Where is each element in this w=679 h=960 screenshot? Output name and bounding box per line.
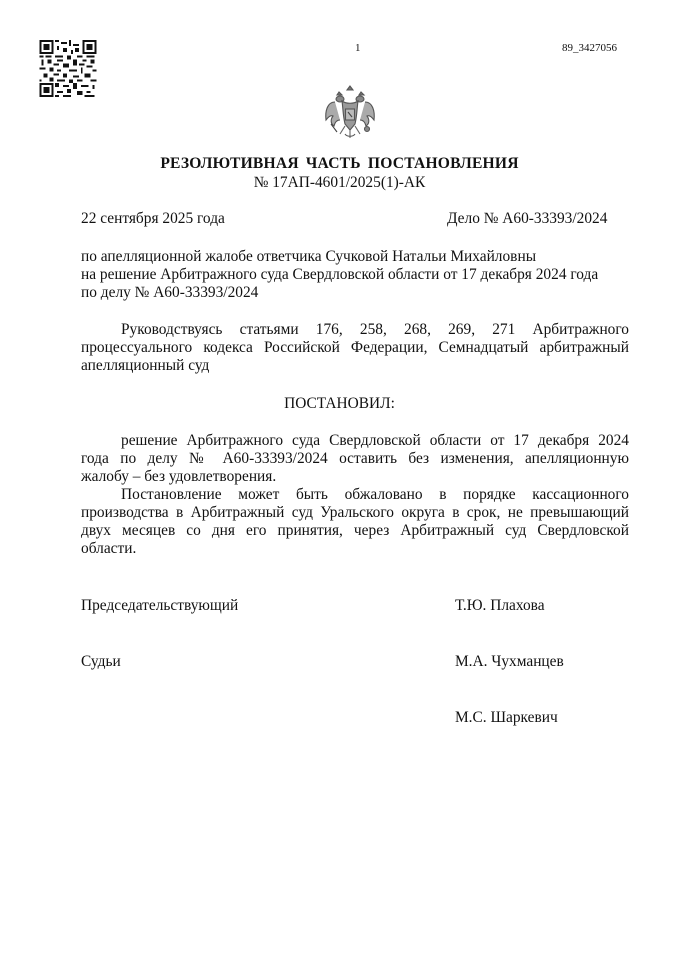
signature-name: М.С. Шаркевич [455, 709, 558, 727]
qr-code-icon [39, 40, 97, 97]
signature-role: Судьи [81, 653, 121, 671]
intro-line: по делу № А60-33393/2024 [81, 284, 258, 302]
paragraph-line: жалобу – без удовлетворения. [81, 468, 629, 486]
decision-paragraph: решение Арбитражного суда Свердловской о… [81, 432, 629, 486]
paragraph-line: процессуального кодекса Российской Федер… [81, 339, 629, 357]
signature-name: М.А. Чухманцев [455, 653, 564, 671]
paragraph-line: Руководствуясь статьями 176, 258, 268, 2… [81, 321, 629, 339]
signature-role: Председательствующий [81, 597, 238, 615]
decision-date: 22 сентября 2025 года [81, 210, 225, 228]
intro-line: на решение Арбитражного суда Свердловско… [81, 266, 598, 284]
paragraph-line: двух месяцев со дня его принятия, через … [81, 522, 629, 540]
paragraph-line: апелляционный суд [81, 357, 629, 375]
document-code: 89_3427056 [562, 42, 617, 54]
intro-line: по апелляционной жалобе ответчика Сучков… [81, 248, 536, 266]
guided-by-paragraph: Руководствуясь статьями 176, 258, 268, 2… [81, 321, 629, 375]
document-title: РЕЗОЛЮТИВНАЯ ЧАСТЬ ПОСТАНОВЛЕНИЯ [0, 155, 679, 173]
paragraph-line: Постановление может быть обжаловано в по… [81, 486, 629, 504]
signature-name: Т.Ю. Плахова [455, 597, 545, 615]
resolved-heading: ПОСТАНОВИЛ: [0, 395, 679, 413]
page-number: 1 [355, 42, 361, 54]
paragraph-line: области. [81, 540, 629, 558]
appeal-paragraph: Постановление может быть обжаловано в по… [81, 486, 629, 558]
case-number: Дело № А60-33393/2024 [447, 210, 607, 228]
paragraph-line: года по делу № А60-33393/2024 оставить б… [81, 450, 629, 468]
paragraph-line: производства в Арбитражный суд Уральског… [81, 504, 629, 522]
russian-coat-of-arms-icon [323, 82, 377, 142]
paragraph-line: решение Арбитражного суда Свердловской о… [81, 432, 629, 450]
resolution-number: № 17АП-4601/2025(1)-АК [0, 174, 679, 192]
